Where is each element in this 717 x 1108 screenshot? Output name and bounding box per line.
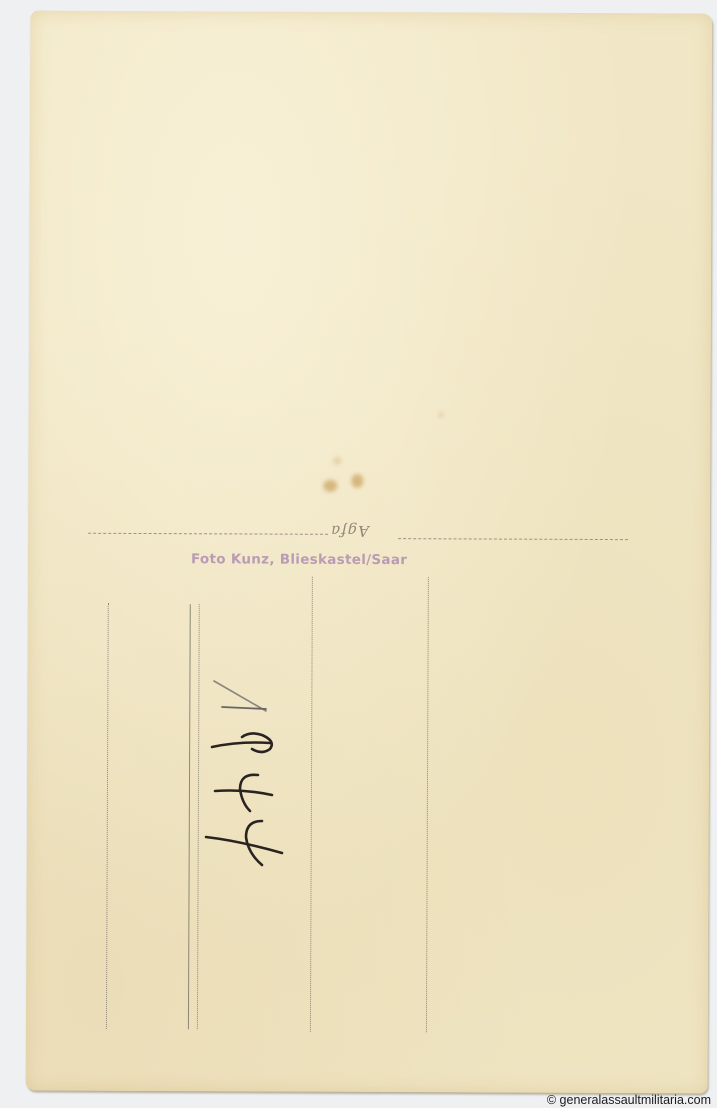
dotted-column-line bbox=[426, 577, 429, 1032]
stain-mark bbox=[439, 412, 444, 417]
header-divider-left bbox=[88, 533, 328, 535]
printer-logo: Agfa bbox=[330, 522, 369, 540]
copyright-watermark: © generalassaultmilitaria.com bbox=[547, 1093, 711, 1107]
dotted-column-line bbox=[310, 577, 313, 1032]
handwritten-year bbox=[190, 665, 300, 885]
dotted-column-line bbox=[106, 603, 109, 1029]
stain-mark bbox=[351, 474, 363, 488]
photographer-stamp: Foto Kunz, Blieskastel/Saar bbox=[191, 551, 407, 568]
stain-mark bbox=[333, 457, 341, 465]
stain-mark bbox=[323, 480, 337, 492]
header-divider-right bbox=[398, 538, 628, 540]
postcard-back: Agfa Foto Kunz, Blieskastel/Saar bbox=[26, 11, 713, 1094]
